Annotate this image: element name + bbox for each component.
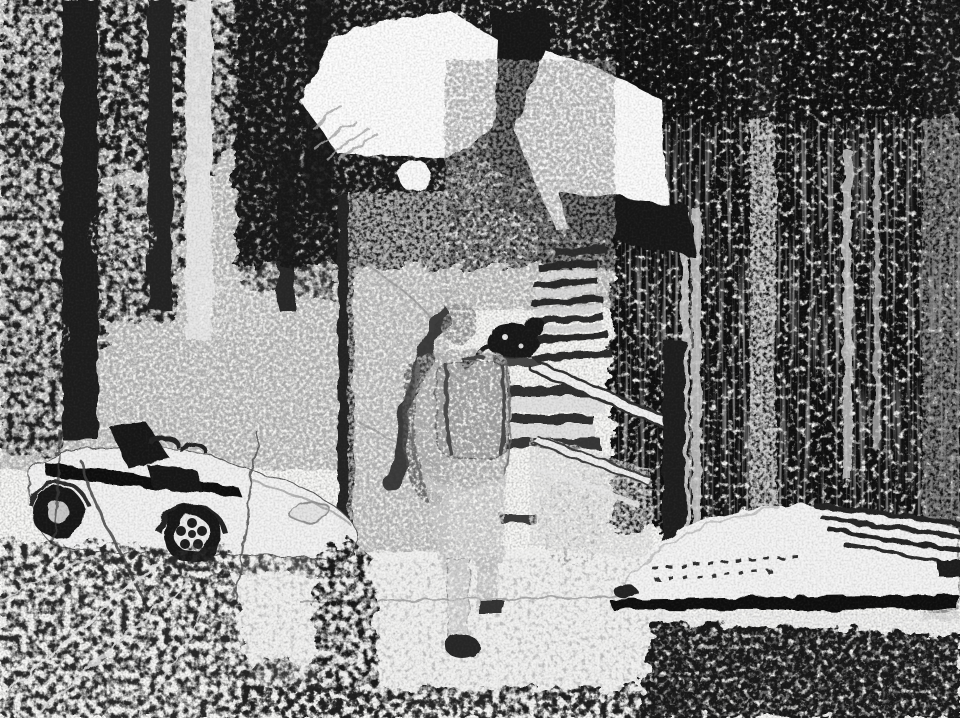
sketch-image [0,0,960,718]
sketch-canvas [0,0,960,718]
grain-veil [0,0,960,718]
